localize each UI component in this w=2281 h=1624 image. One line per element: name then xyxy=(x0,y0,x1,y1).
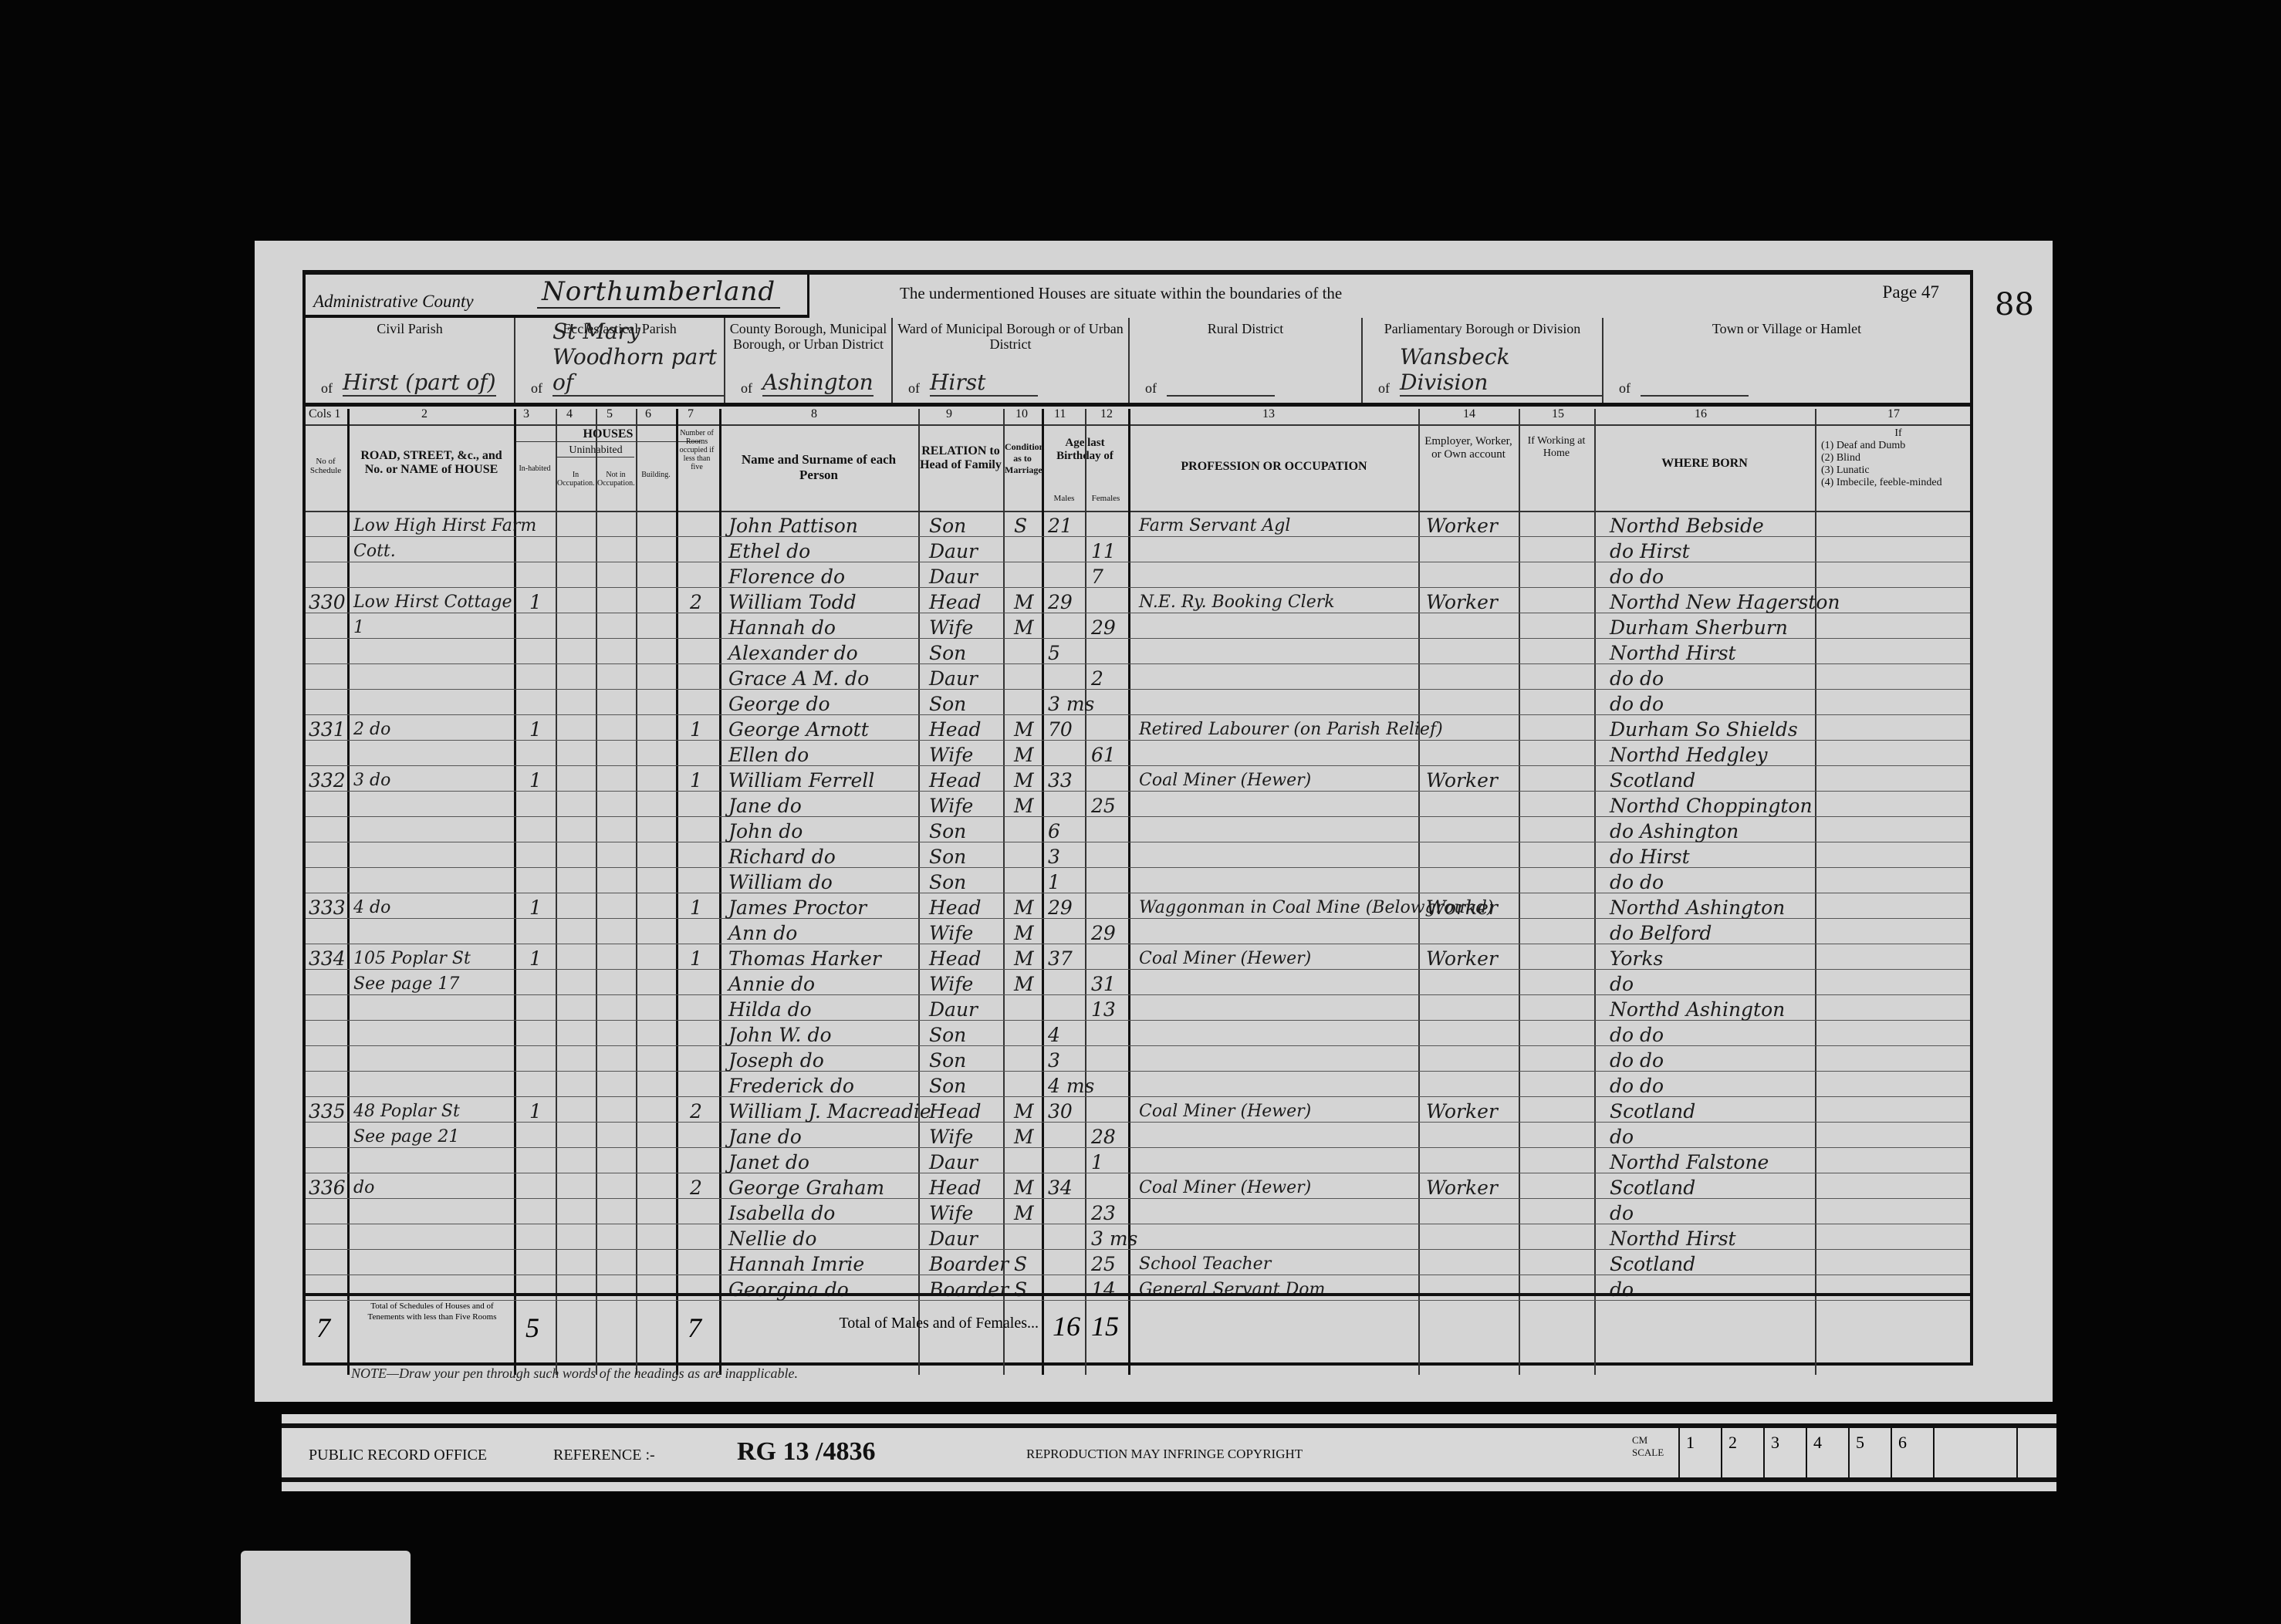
relation: Son xyxy=(929,1045,966,1073)
employment-status: Worker xyxy=(1426,1173,1498,1200)
boundary-5: Parliamentary Borough or DivisionofWansb… xyxy=(1363,318,1603,403)
boundary-title: Civil Parish xyxy=(306,318,514,336)
age-male: 4 xyxy=(1048,1020,1060,1048)
scale-cm-3: 3 xyxy=(1763,1428,1806,1477)
occupation: Coal Miner (Hewer) xyxy=(1139,944,1311,971)
relation: Wife xyxy=(929,740,973,768)
birthplace: do do xyxy=(1610,689,1664,717)
birthplace: Scotland xyxy=(1610,1249,1695,1277)
table-row: Alexander doSon5Northd Hirst xyxy=(306,638,1970,664)
person-name: Joseph do xyxy=(728,1045,824,1073)
schedule-number: 330 xyxy=(309,587,346,615)
person-name: Isabella do xyxy=(728,1198,835,1226)
col-in-occupation-head: In Occupation. xyxy=(557,471,594,488)
column-number: Cols 1 xyxy=(309,407,340,421)
schedule-number: 332 xyxy=(309,765,346,793)
scale-end xyxy=(1933,1428,2018,1477)
house-address: 4 do xyxy=(353,893,390,920)
total-schedules-label: Total of Schedules of Houses and of Tene… xyxy=(355,1301,509,1322)
col-occupation-head: PROFESSION OR OCCUPATION xyxy=(1131,460,1417,474)
table-row: Joseph doSon3do do xyxy=(306,1045,1970,1072)
table-row: Janet doDaur1Northd Falstone xyxy=(306,1147,1970,1173)
rooms-count: 2 xyxy=(690,587,702,615)
birthplace: Yorks xyxy=(1610,944,1663,971)
birthplace: do do xyxy=(1610,663,1664,691)
house-address: 48 Poplar St xyxy=(353,1096,460,1124)
birthplace: do Hirst xyxy=(1610,842,1690,869)
record-office-label: PUBLIC RECORD OFFICE xyxy=(309,1447,487,1464)
age-female: 29 xyxy=(1091,918,1116,946)
relation: Son xyxy=(929,511,966,539)
table-row: Frederick doSon4 msdo do xyxy=(306,1071,1970,1097)
person-name: William do xyxy=(728,867,833,895)
relation: Son xyxy=(929,1071,966,1099)
marital-condition: M xyxy=(1014,918,1034,946)
person-name: Nellie do xyxy=(728,1224,816,1251)
table-row: Jane doWifeM25Northd Choppington xyxy=(306,791,1970,817)
age-male: 1 xyxy=(1048,867,1060,895)
column-number: 6 xyxy=(645,407,651,421)
boundary-value: Hirst xyxy=(930,370,1038,397)
birthplace: Durham Sherburn xyxy=(1610,613,1788,640)
rooms-count: 1 xyxy=(690,893,702,920)
table-row: 336do2George GrahamHeadM34Coal Miner (He… xyxy=(306,1173,1970,1199)
col-born-head: WHERE BORN xyxy=(1596,457,1813,471)
birthplace: Scotland xyxy=(1610,765,1695,793)
person-name: Richard do xyxy=(728,842,836,869)
age-female: 28 xyxy=(1091,1122,1116,1150)
inhabited-count: 1 xyxy=(529,944,542,971)
employment-status: Worker xyxy=(1426,511,1498,539)
birthplace: do do xyxy=(1610,1071,1664,1099)
inhabited-count: 1 xyxy=(529,587,542,615)
table-row: 334105 Poplar St11Thomas HarkerHeadM37Co… xyxy=(306,944,1970,970)
total-rooms: 7 xyxy=(688,1312,701,1344)
total-mf-label: Total of Males and of Females... xyxy=(784,1315,1039,1332)
reference-code: RG 13 /4836 xyxy=(737,1437,875,1467)
marital-condition: M xyxy=(1014,613,1034,640)
birthplace: do Ashington xyxy=(1610,816,1739,844)
boundary-of: of xyxy=(1378,380,1390,397)
boundary-value xyxy=(1641,395,1749,397)
person-name: George Arnott xyxy=(728,714,869,742)
table-row: Ellen doWifeM61Northd Hedgley xyxy=(306,740,1970,766)
column-number: 8 xyxy=(811,407,817,421)
infirmity-1: (1) Deaf and Dumb xyxy=(1821,440,1975,452)
age-female: 31 xyxy=(1091,969,1116,997)
col-schedule-head: No of Schedule xyxy=(306,457,346,475)
birthplace: Northd Hirst xyxy=(1610,1224,1736,1251)
rooms-count: 2 xyxy=(690,1096,702,1124)
table-row: Nellie doDaur3 msNorthd Hirst xyxy=(306,1224,1970,1250)
person-name: John do xyxy=(728,816,803,844)
boundary-of: of xyxy=(1619,380,1630,397)
house-address: 2 do xyxy=(353,714,390,742)
person-name: Annie do xyxy=(728,969,815,997)
person-name: Hannah do xyxy=(728,613,836,640)
person-name: William Ferrell xyxy=(728,765,874,793)
occupation: Coal Miner (Hewer) xyxy=(1139,1173,1311,1200)
table-row: Hannah ImrieBoarderS25School TeacherScot… xyxy=(306,1249,1970,1275)
total-schedules: 7 xyxy=(316,1312,330,1344)
boundary-title: Parliamentary Borough or Division xyxy=(1363,318,1602,336)
table-row: 3334 do11James ProctorHeadM29Waggonman i… xyxy=(306,893,1970,919)
table-row: William doSon1do do xyxy=(306,867,1970,893)
relation: Son xyxy=(929,1020,966,1048)
house-address: Cott. xyxy=(353,536,396,564)
relation: Daur xyxy=(929,536,978,564)
infirmity-3: (3) Lunatic xyxy=(1821,464,1975,477)
age-male: 29 xyxy=(1048,587,1073,615)
table-row: John doSon6do Ashington xyxy=(306,816,1970,842)
column-number: 4 xyxy=(566,407,573,421)
employment-status: Worker xyxy=(1426,765,1498,793)
boundary-value xyxy=(1167,395,1275,397)
column-number: 13 xyxy=(1262,407,1275,421)
age-female: 23 xyxy=(1091,1198,1116,1226)
total-females: 15 xyxy=(1091,1310,1119,1342)
schedule-number: 334 xyxy=(309,944,346,971)
table-row: See page 21Jane doWifeM28do xyxy=(306,1122,1970,1148)
boundary-value: St Mary Woodhorn part of xyxy=(553,319,724,397)
boundary-of: of xyxy=(321,380,333,397)
table-row: 1Hannah doWifeM29Durham Sherburn xyxy=(306,613,1970,639)
house-address: Low Hirst Cottage xyxy=(353,587,512,615)
col-not-in-occupation-head: Not in Occupation. xyxy=(597,471,634,488)
col-females-head: Females xyxy=(1085,494,1127,503)
boundary-of: of xyxy=(1145,380,1157,397)
age-male: 37 xyxy=(1048,944,1073,971)
occupation: Coal Miner (Hewer) xyxy=(1139,1096,1311,1124)
marital-condition: M xyxy=(1014,1173,1034,1200)
house-address: do xyxy=(353,1173,374,1200)
boundary-value: Ashington xyxy=(762,370,874,397)
birthplace: do xyxy=(1610,1122,1634,1150)
column-number: 12 xyxy=(1100,407,1113,421)
birthplace: Northd Ashington xyxy=(1610,893,1785,920)
relation: Head xyxy=(929,714,982,742)
birthplace: do Hirst xyxy=(1610,536,1690,564)
birthplace: Northd Choppington xyxy=(1610,791,1813,819)
schedule-number: 333 xyxy=(309,893,346,920)
marital-condition: M xyxy=(1014,893,1034,920)
rooms-count: 1 xyxy=(690,944,702,971)
employment-status: Worker xyxy=(1426,893,1498,920)
person-name: William J. Macreadie xyxy=(728,1096,931,1124)
person-name: Ann do xyxy=(728,918,797,946)
age-female: 61 xyxy=(1091,740,1116,768)
reference-label: REFERENCE :- xyxy=(553,1447,655,1464)
age-male: 3 xyxy=(1048,1045,1060,1073)
age-female: 11 xyxy=(1091,536,1116,564)
relation: Wife xyxy=(929,969,973,997)
relation: Head xyxy=(929,587,982,615)
cm-scale-label: CM SCALE xyxy=(1632,1434,1678,1459)
col-at-home-head: If Working at Home xyxy=(1520,435,1593,460)
inhabited-count: 1 xyxy=(529,765,542,793)
occupation: Coal Miner (Hewer) xyxy=(1139,765,1311,793)
inhabited-count: 1 xyxy=(529,714,542,742)
boundary-of: of xyxy=(908,380,920,397)
column-number: 5 xyxy=(607,407,613,421)
age-male: 3 ms xyxy=(1048,689,1094,717)
marital-condition: M xyxy=(1014,1096,1034,1124)
relation: Wife xyxy=(929,918,973,946)
house-address: See page 17 xyxy=(353,969,459,997)
boundaries-heading: The undermentioned Houses are situate wi… xyxy=(900,284,1342,303)
column-number: 10 xyxy=(1015,407,1028,421)
person-name: Jane do xyxy=(728,1122,802,1150)
marital-condition: M xyxy=(1014,969,1034,997)
admin-county-box: Administrative County Northumberland xyxy=(306,275,809,318)
person-name: Ethel do xyxy=(728,536,810,564)
age-male: 29 xyxy=(1048,893,1073,920)
age-male: 21 xyxy=(1048,511,1073,539)
scale-cm-2: 2 xyxy=(1721,1428,1763,1477)
relation: Wife xyxy=(929,1122,973,1150)
reference-strip: PUBLIC RECORD OFFICE REFERENCE :- RG 13 … xyxy=(282,1414,2056,1491)
col-relation-head: RELATION to Head of Family xyxy=(920,444,1002,472)
occupation: Retired Labourer (on Parish Relief) xyxy=(1139,714,1443,742)
boundary-6: Town or Village or Hamletof xyxy=(1603,318,1970,403)
age-male: 3 xyxy=(1048,842,1060,869)
column-number: 3 xyxy=(523,407,529,421)
house-address: Low High Hirst Farm xyxy=(353,511,536,539)
scale-cm-4: 4 xyxy=(1806,1428,1848,1477)
table-row: Grace A M. doDaur2do do xyxy=(306,663,1970,690)
col-rooms-head: Number of Rooms occupied if less than fi… xyxy=(678,429,716,471)
table-row: See page 17Annie doWifeM31do xyxy=(306,969,1970,995)
age-female: 3 ms xyxy=(1091,1224,1137,1251)
relation: Head xyxy=(929,1096,982,1124)
strip-rule-bottom xyxy=(282,1477,2056,1482)
col-building-head: Building. xyxy=(637,471,674,479)
person-name: Hilda do xyxy=(728,994,812,1022)
marital-condition: S xyxy=(1014,1249,1027,1277)
table-row: 3312 do11George ArnottHeadM70Retired Lab… xyxy=(306,714,1970,741)
marital-condition: M xyxy=(1014,765,1034,793)
age-female: 7 xyxy=(1091,562,1103,589)
table-row: Ann doWifeM29do Belford xyxy=(306,918,1970,944)
column-number: 7 xyxy=(688,407,694,421)
relation: Daur xyxy=(929,1224,978,1251)
relation: Daur xyxy=(929,1147,978,1175)
birthplace: do do xyxy=(1610,562,1664,589)
scale-cm-1: 1 xyxy=(1678,1428,1721,1477)
age-male: 33 xyxy=(1048,765,1073,793)
column-number: 16 xyxy=(1695,407,1707,421)
person-name: John W. do xyxy=(728,1020,832,1048)
age-female: 29 xyxy=(1091,613,1116,640)
cm-scale: 123456 xyxy=(1678,1428,2018,1477)
person-name: Alexander do xyxy=(728,638,858,666)
birthplace: Northd Hirst xyxy=(1610,638,1736,666)
col-infirmity-head: If (1) Deaf and Dumb (2) Blind (3) Lunat… xyxy=(1816,427,1975,489)
table-row: George doSon3 msdo do xyxy=(306,689,1970,715)
birthplace: Scotland xyxy=(1610,1173,1695,1200)
census-form: Administrative County Northumberland The… xyxy=(302,270,1973,1366)
age-female: 25 xyxy=(1091,1249,1116,1277)
age-male: 6 xyxy=(1048,816,1060,844)
table-row: Richard doSon3do Hirst xyxy=(306,842,1970,868)
relation: Son xyxy=(929,689,966,717)
boundary-title: Rural District xyxy=(1130,318,1361,336)
rooms-count: 1 xyxy=(690,714,702,742)
occupation: School Teacher xyxy=(1139,1249,1271,1277)
schedule-number: 336 xyxy=(309,1173,346,1200)
birthplace: do xyxy=(1610,969,1634,997)
relation: Son xyxy=(929,842,966,869)
relation: Daur xyxy=(929,994,978,1022)
boundary-of: of xyxy=(531,380,542,397)
folio-number: 88 xyxy=(1995,287,2034,322)
relation: Head xyxy=(929,765,982,793)
boundary-title: County Borough, Municipal Borough, or Ur… xyxy=(725,318,891,352)
boundary-4: Rural Districtof xyxy=(1130,318,1363,403)
relation: Daur xyxy=(929,663,978,691)
boundary-1: Ecclesiastical ParishofSt Mary Woodhorn … xyxy=(515,318,725,403)
rooms-count: 1 xyxy=(690,765,702,793)
table-row: 330Low Hirst Cottage12William ToddHeadM2… xyxy=(306,587,1970,613)
age-male: 70 xyxy=(1048,714,1073,742)
birthplace: Scotland xyxy=(1610,1096,1695,1124)
age-male: 30 xyxy=(1048,1096,1073,1124)
occupation: Farm Servant Agl xyxy=(1139,511,1290,539)
house-address: 105 Poplar St xyxy=(353,944,471,971)
total-inhabited: 5 xyxy=(525,1312,539,1344)
infirmity-4: (4) Imbecile, feeble-minded xyxy=(1821,477,1975,489)
col-condition-head: Condition as to Marriage xyxy=(1005,441,1040,476)
column-number: 14 xyxy=(1463,407,1475,421)
person-name: Thomas Harker xyxy=(728,944,881,971)
birthplace: do xyxy=(1610,1198,1634,1226)
age-male: 5 xyxy=(1048,638,1060,666)
boundary-title: Town or Village or Hamlet xyxy=(1603,318,1970,336)
relation: Wife xyxy=(929,1198,973,1226)
form-note: NOTE—Draw your pen through such words of… xyxy=(351,1366,798,1382)
column-number: 11 xyxy=(1054,407,1066,421)
relation: Daur xyxy=(929,562,978,589)
birthplace: Northd New Hagerston xyxy=(1610,587,1840,615)
age-male: 4 ms xyxy=(1048,1071,1094,1099)
scale-cm-5: 5 xyxy=(1848,1428,1891,1477)
col-males-head: Males xyxy=(1043,494,1085,503)
marital-condition: M xyxy=(1014,944,1034,971)
col-inhabited-head: In-habited xyxy=(515,464,554,473)
total-males: 16 xyxy=(1053,1310,1080,1342)
schedule-number: 331 xyxy=(309,714,346,742)
boundary-value: Hirst (part of) xyxy=(343,370,496,397)
person-name: John Pattison xyxy=(728,511,858,539)
person-name: Ellen do xyxy=(728,740,809,768)
person-name: Janet do xyxy=(728,1147,809,1175)
relation: Son xyxy=(929,638,966,666)
col-address-head: ROAD, STREET, &c., and No. or NAME of HO… xyxy=(350,449,512,477)
boundaries-row: Civil ParishofHirst (part of)Ecclesiasti… xyxy=(306,318,1970,407)
film-tab xyxy=(241,1551,411,1624)
age-female: 2 xyxy=(1091,663,1103,691)
table-row: John W. doSon4do do xyxy=(306,1020,1970,1046)
marital-condition: M xyxy=(1014,714,1034,742)
table-row: 3323 do11William FerrellHeadM33Coal Mine… xyxy=(306,765,1970,792)
infirmity-2: (2) Blind xyxy=(1821,452,1975,464)
relation: Boarder xyxy=(929,1249,1009,1277)
person-name: Florence do xyxy=(728,562,845,589)
boundary-0: Civil ParishofHirst (part of) xyxy=(306,318,515,403)
person-name: George do xyxy=(728,689,830,717)
birthplace: Northd Ashington xyxy=(1610,994,1785,1022)
birthplace: do Belford xyxy=(1610,918,1712,946)
table-row: Cott.Ethel doDaur11do Hirst xyxy=(306,536,1970,562)
relation: Head xyxy=(929,944,982,971)
col-name-head: Name and Surname of each Person xyxy=(722,452,915,483)
marital-condition: M xyxy=(1014,740,1034,768)
marital-condition: S xyxy=(1014,511,1027,539)
person-name: Jane do xyxy=(728,791,802,819)
relation: Wife xyxy=(929,613,973,640)
relation: Head xyxy=(929,893,982,920)
person-name: William Todd xyxy=(728,587,857,615)
birthplace: Northd Bebside xyxy=(1610,511,1764,539)
schedule-number: 335 xyxy=(309,1096,346,1124)
person-name: Frederick do xyxy=(728,1071,854,1099)
page-label: Page 47 xyxy=(1883,282,1939,302)
house-address: See page 21 xyxy=(353,1122,459,1150)
marital-condition: M xyxy=(1014,1198,1034,1226)
relation: Son xyxy=(929,816,966,844)
age-female: 25 xyxy=(1091,791,1116,819)
relation: Son xyxy=(929,867,966,895)
relation: Wife xyxy=(929,791,973,819)
table-row: Hilda doDaur13Northd Ashington xyxy=(306,994,1970,1021)
infirmity-if: If xyxy=(1821,427,1975,440)
birthplace: Durham So Shields xyxy=(1610,714,1798,742)
person-name: James Proctor xyxy=(728,893,867,920)
admin-county-label: Administrative County xyxy=(313,292,474,312)
marital-condition: M xyxy=(1014,1122,1034,1150)
relation: Head xyxy=(929,1173,982,1200)
column-number: 15 xyxy=(1552,407,1564,421)
marital-condition: M xyxy=(1014,791,1034,819)
person-name: Hannah Imrie xyxy=(728,1249,864,1277)
birthplace: do do xyxy=(1610,867,1664,895)
birthplace: Northd Hedgley xyxy=(1610,740,1768,768)
column-number: 9 xyxy=(946,407,952,421)
scale-cm-6: 6 xyxy=(1891,1428,1933,1477)
totals-row: 7 Total of Schedules of Houses and of Te… xyxy=(306,1293,1970,1362)
boundary-title: Ward of Municipal Borough or of Urban Di… xyxy=(893,318,1128,352)
table-row: Low High Hirst FarmJohn PattisonSonS21Fa… xyxy=(306,511,1970,537)
copyright-notice: REPRODUCTION MAY INFRINGE COPYRIGHT xyxy=(1026,1447,1303,1462)
boundary-of: of xyxy=(741,380,752,397)
table-row: Florence doDaur7do do xyxy=(306,562,1970,588)
employment-status: Worker xyxy=(1426,587,1498,615)
person-name: George Graham xyxy=(728,1173,884,1200)
boundary-value: Wansbeck Division xyxy=(1400,344,1602,397)
age-female: 13 xyxy=(1091,994,1116,1022)
rooms-count: 2 xyxy=(690,1173,702,1200)
admin-county-value: Northumberland xyxy=(537,276,780,309)
birthplace: Northd Falstone xyxy=(1610,1147,1769,1175)
birthplace: do do xyxy=(1610,1045,1664,1073)
house-address: 1 xyxy=(353,613,364,640)
table-row: Isabella doWifeM23do xyxy=(306,1198,1970,1224)
column-number: 17 xyxy=(1887,407,1900,421)
boundary-2: County Borough, Municipal Borough, or Ur… xyxy=(725,318,893,403)
birthplace: do do xyxy=(1610,1020,1664,1048)
inhabited-count: 1 xyxy=(529,1096,542,1124)
col-houses-head: HOUSES xyxy=(515,427,701,442)
